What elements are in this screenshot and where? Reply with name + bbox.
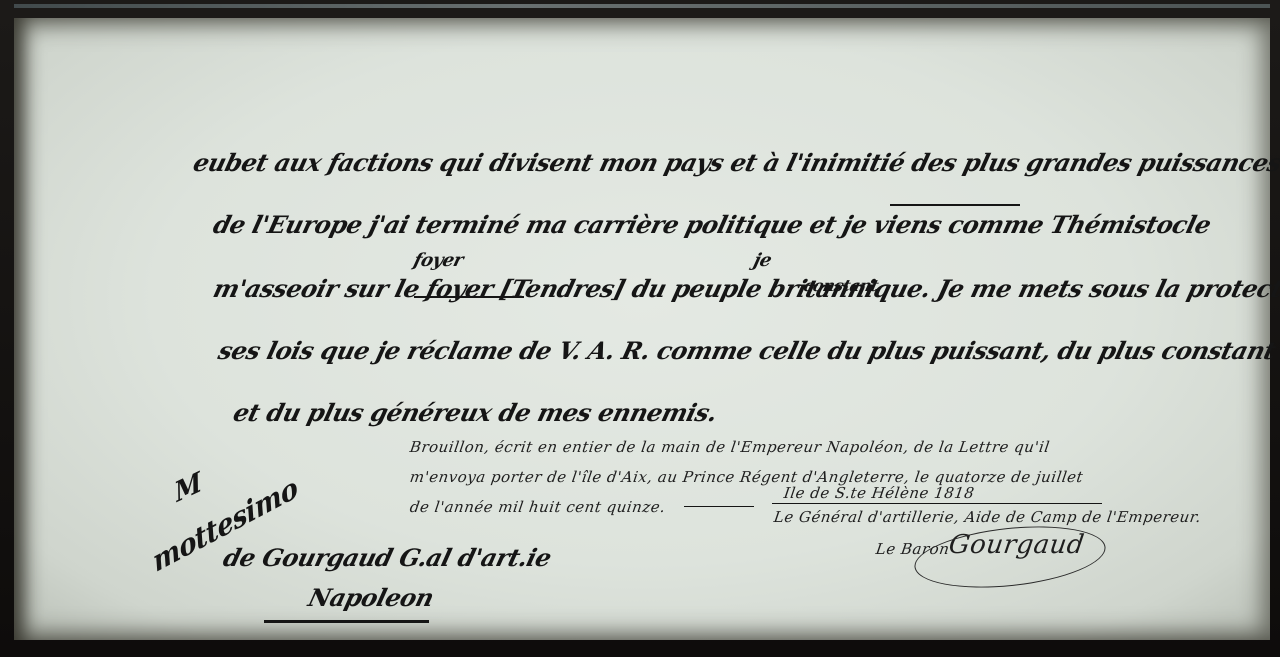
draft-line-5: et du plus généreux de mes ennemis. — [230, 398, 720, 427]
correction-constant: constant — [802, 276, 881, 295]
attestation: Le Général d'artillerie, Aide de Camp de… — [773, 508, 1203, 526]
picture-frame: eubet aux factions qui divisent mon pays… — [0, 0, 1280, 657]
courier-line: de Gourgaud G.al d'art.ie — [220, 543, 554, 572]
place-date: Ile de S.te Hélène 1818 — [783, 484, 976, 502]
inscription-line-1: Brouillon, écrit en entier de la main de… — [409, 438, 1051, 456]
place-date-underline — [772, 503, 1102, 504]
inscription-dash — [684, 506, 754, 507]
napoleon-signature: Napoleon — [305, 583, 436, 612]
draft-line-1: eubet aux factions qui divisent mon pays… — [190, 148, 1280, 177]
correction-je: je — [751, 250, 773, 271]
correction-foyer: foyer — [411, 250, 465, 271]
document-paper: eubet aux factions qui divisent mon pays… — [14, 18, 1270, 640]
draft-line-3: m'asseoir sur le foyer [Tendres] du peup… — [210, 274, 1280, 303]
salutation-superscript: M — [172, 467, 204, 509]
signature-flourish — [911, 518, 1108, 596]
inscription-line-3: de l'année mil huit cent quinze. — [409, 498, 667, 516]
draft-line-2: de l'Europe j'ai terminé ma carrière pol… — [210, 210, 1213, 239]
inscription-line-2: m'envoya porter de l'île d'Aix, au Princ… — [409, 468, 1085, 486]
draft-line-4: ses lois que je réclame de V. A. R. comm… — [215, 336, 1278, 365]
underline-themistocle — [890, 204, 1020, 206]
signature-underline — [264, 620, 429, 623]
underline-foyer — [414, 296, 524, 298]
frame-glass-edge — [14, 4, 1270, 8]
